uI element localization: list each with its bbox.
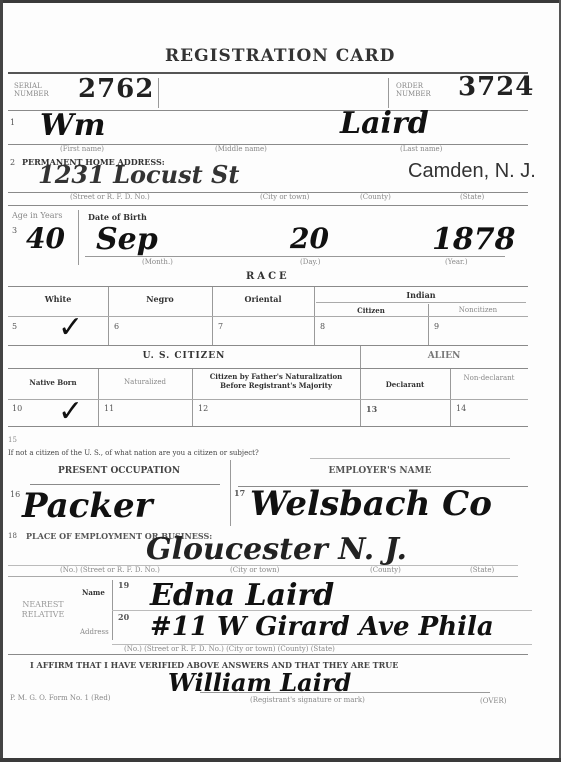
divider <box>316 302 526 303</box>
naturalized-label: Naturalized <box>98 378 192 386</box>
field-number: 1 <box>10 118 15 127</box>
age-value: 40 <box>26 222 65 255</box>
divider <box>8 286 528 287</box>
employment-state-label: (State) <box>470 566 494 574</box>
order-number: 3724 <box>458 72 534 102</box>
first-name: Wm <box>40 108 105 143</box>
race-white-checkmark[interactable]: ✓ <box>58 310 83 345</box>
employment-county-label: (County) <box>370 566 401 574</box>
divider <box>8 426 528 427</box>
relative-address: #11 W Girard Ave Phila <box>150 612 494 642</box>
employment-city-label: (City or town) <box>230 566 279 574</box>
age-label: Age in Years <box>12 212 62 220</box>
field-number: 16 <box>10 490 20 499</box>
occupation-value: Packer <box>22 486 153 526</box>
signature-label: (Registrant's signature or mark) <box>250 696 365 704</box>
field-number: 11 <box>104 404 114 413</box>
field-number: 19 <box>118 580 129 590</box>
divider <box>230 460 231 526</box>
home-city-state: Camden, N. J. <box>408 160 536 183</box>
birth-day: 20 <box>290 222 329 255</box>
non-declarant-label: Non-declarant <box>450 374 528 383</box>
city-label: (City or town) <box>260 193 309 201</box>
race-heading: RACE <box>246 271 290 282</box>
field-number: 12 <box>198 404 208 413</box>
field-number: 10 <box>12 404 22 413</box>
race-white-label: White <box>8 294 108 304</box>
first-name-label: (First name) <box>60 145 104 153</box>
day-label: (Day.) <box>300 258 321 266</box>
relative-name-label: Name <box>82 588 105 597</box>
employment-street-label: (No.) (Street or R. F. D. No.) <box>60 566 160 574</box>
place-of-employment-value: Gloucester N. J. <box>146 532 407 567</box>
divider <box>8 345 528 346</box>
last-name-label: (Last name) <box>400 145 442 153</box>
divider <box>8 576 518 577</box>
employer-heading: EMPLOYER'S NAME <box>232 466 528 476</box>
date-of-birth-label: Date of Birth <box>88 212 147 222</box>
employer-value: Welsbach Co <box>250 484 492 524</box>
field-number: 14 <box>456 404 466 413</box>
field-number: 15 <box>8 436 17 444</box>
divider <box>310 458 510 459</box>
field-number: 2 <box>10 158 15 167</box>
field-number: 6 <box>114 322 119 331</box>
us-citizen-heading: U. S. CITIZEN <box>8 351 360 361</box>
last-name: Laird <box>340 106 429 141</box>
relative-address-sub-label: (No.) (Street or R. F. D. No.) (City or … <box>124 645 335 653</box>
home-street-address: 1231 Locust St <box>38 160 239 189</box>
native-born-label: Native Born <box>8 378 98 387</box>
divider <box>192 369 193 426</box>
divider <box>388 78 389 108</box>
state-label: (State) <box>460 193 484 201</box>
middle-name-label: (Middle name) <box>215 145 267 153</box>
race-oriental-label: Oriental <box>212 294 314 304</box>
serial-number: 2762 <box>78 74 154 104</box>
divider <box>158 78 159 108</box>
citizen-by-father-label: Citizen by Father's Naturalization Befor… <box>196 372 356 390</box>
nation-question: If not a citizen of the U. S., of what n… <box>8 449 259 457</box>
field-number: 5 <box>12 322 17 331</box>
alien-heading: ALIEN <box>360 351 528 361</box>
race-indian-label: Indian <box>314 290 528 300</box>
birth-year: 1878 <box>432 222 516 257</box>
race-indian-citizen-label: Citizen <box>314 306 428 315</box>
over-label: (OVER) <box>480 697 507 705</box>
field-number: 9 <box>434 322 439 331</box>
divider <box>78 210 79 265</box>
occupation-heading: PRESENT OCCUPATION <box>8 466 230 476</box>
street-label: (Street or R. F. D. No.) <box>70 193 150 201</box>
field-number: 18 <box>8 532 17 540</box>
field-number: 13 <box>366 404 377 414</box>
card-border-top <box>0 0 561 3</box>
relative-address-label: Address <box>80 628 109 636</box>
field-number: 8 <box>320 322 325 331</box>
divider <box>8 399 528 400</box>
nearest-relative-label: NEAREST RELATIVE <box>10 600 76 620</box>
field-number: 17 <box>234 488 245 498</box>
field-number: 20 <box>118 612 129 622</box>
birth-month: Sep <box>96 222 158 257</box>
relative-name: Edna Laird <box>150 578 334 613</box>
race-indian-noncitizen-label: Noncitizen <box>428 306 528 314</box>
divider <box>112 610 532 611</box>
divider <box>8 205 528 206</box>
serial-number-label: SERIAL NUMBER <box>14 82 64 98</box>
card-title: REGISTRATION CARD <box>165 46 395 66</box>
divider <box>85 256 505 257</box>
divider <box>8 654 528 655</box>
year-label: (Year.) <box>445 258 468 266</box>
divider <box>30 484 220 485</box>
declarant-label: Declarant <box>360 380 450 389</box>
county-label: (County) <box>360 193 391 201</box>
card-border-bottom <box>0 758 561 762</box>
card-border-left <box>0 0 3 762</box>
month-label: (Month.) <box>142 258 173 266</box>
order-number-label: ORDER NUMBER <box>396 82 444 98</box>
field-number: 3 <box>12 226 17 235</box>
divider <box>8 316 528 317</box>
form-label: P. M. G. O. Form No. 1 (Red) <box>10 694 111 702</box>
signature-line <box>200 692 490 693</box>
native-born-checkmark[interactable]: ✓ <box>58 394 83 429</box>
field-number: 7 <box>218 322 223 331</box>
race-negro-label: Negro <box>108 294 212 304</box>
